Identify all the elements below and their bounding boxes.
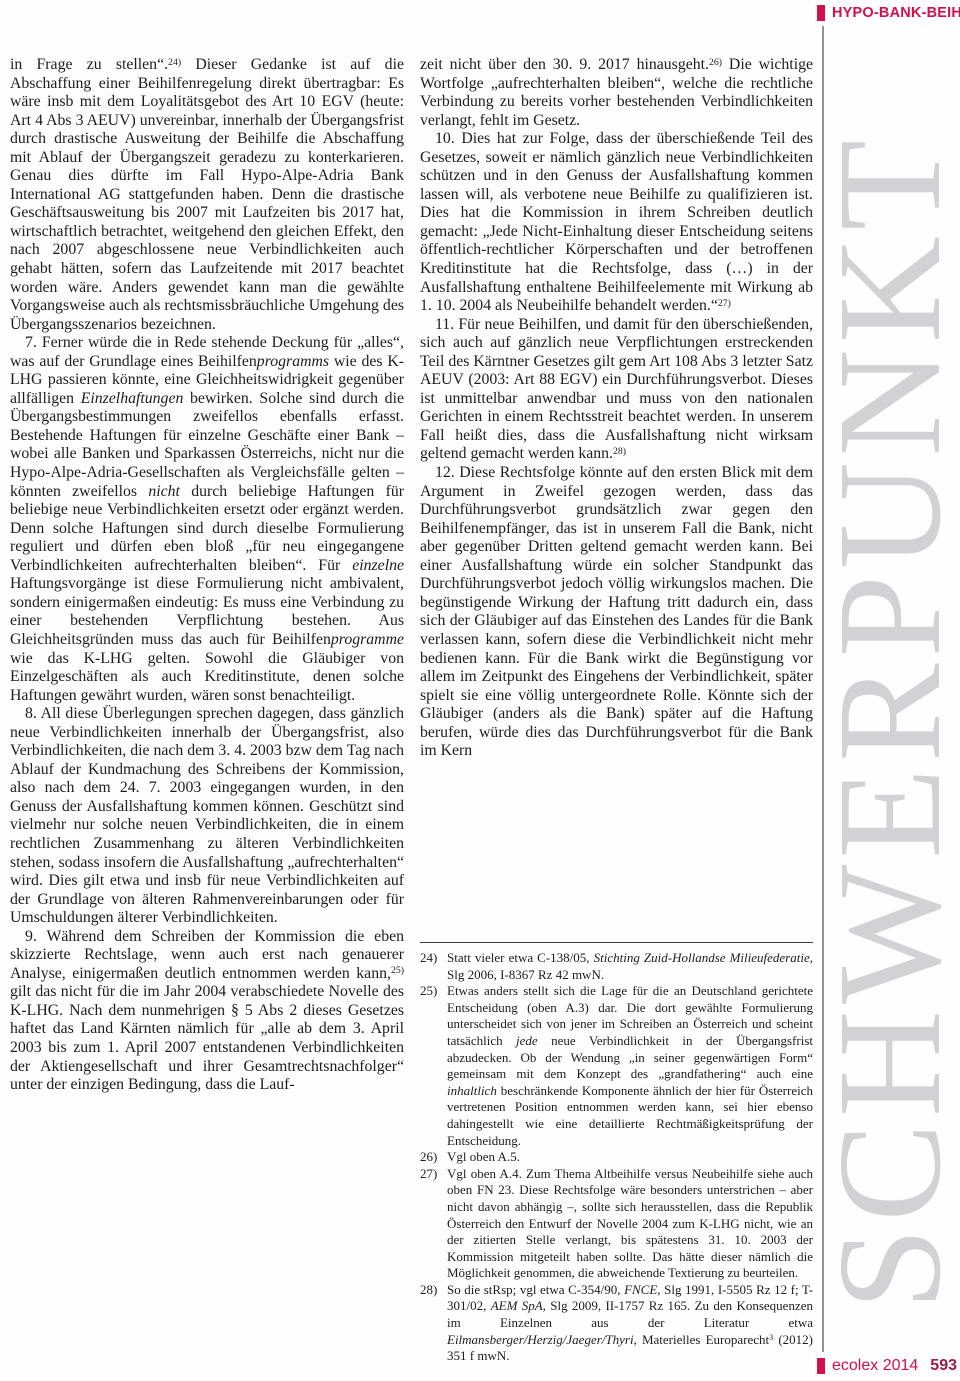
- running-head-title: HYPO-BANK-BEIHILFE: [832, 5, 960, 21]
- footnote-text: So die stRsp; vgl etwa C-354/90, FNCE, S…: [447, 1282, 813, 1365]
- red-accent-square-icon: [817, 1358, 825, 1374]
- schwerpunkt-watermark: SCHWERPUNKT: [820, 97, 960, 1347]
- footnote-text: Statt vieler etwa C-138/05, Stichting Zu…: [447, 950, 813, 983]
- footnote-number: 26): [420, 1149, 447, 1166]
- paragraph: in Frage zu stellen“.24) Dieser Gedanke …: [10, 56, 404, 334]
- journal-page: SCHWERPUNKT HYPO-BANK-BEIHILFE in Frage …: [0, 0, 960, 1381]
- footnote-separator-rule: [420, 942, 813, 943]
- footnote-text: Vgl oben A.5.: [447, 1149, 813, 1166]
- footnote-number: 25): [420, 983, 447, 1149]
- page-footer: ecolex 2014 593: [817, 1357, 957, 1375]
- paragraph: 10. Dies hat zur Folge, dass der übersch…: [420, 130, 813, 315]
- footnote-number: 24): [420, 950, 447, 983]
- paragraph: 9. Während dem Schreiben der Kommission …: [10, 928, 404, 1095]
- footnote-text: Vgl oben A.4. Zum Thema Altbeihilfe vers…: [447, 1166, 813, 1282]
- footnote-number: 28): [420, 1282, 447, 1365]
- footnote: 25)Etwas anders stellt sich die Lage für…: [420, 983, 813, 1149]
- footnote-text: Etwas anders stellt sich die Lage für di…: [447, 983, 813, 1149]
- vertical-divider-rule: [822, 26, 824, 1352]
- footnote: 24)Statt vieler etwa C-138/05, Stichting…: [420, 950, 813, 983]
- journal-name-year: ecolex 2014: [832, 1357, 918, 1375]
- right-text-column: zeit nicht über den 30. 9. 2017 hinausge…: [420, 56, 813, 761]
- paragraph: 8. All diese Überlegungen sprechen dageg…: [10, 705, 404, 928]
- footnote: 28)So die stRsp; vgl etwa C-354/90, FNCE…: [420, 1282, 813, 1365]
- paragraph: 11. Für neue Beihilfen, und damit für de…: [420, 316, 813, 464]
- paragraph: 12. Diese Rechtsfolge könnte auf den ers…: [420, 464, 813, 761]
- paragraph: zeit nicht über den 30. 9. 2017 hinausge…: [420, 56, 813, 130]
- red-accent-square-icon: [817, 5, 825, 21]
- footnote: 26)Vgl oben A.5.: [420, 1149, 813, 1166]
- footnote: 27)Vgl oben A.4. Zum Thema Altbeihilfe v…: [420, 1166, 813, 1282]
- left-text-column: in Frage zu stellen“.24) Dieser Gedanke …: [10, 56, 404, 1095]
- page-number: 593: [930, 1357, 957, 1375]
- footnotes-block: 24)Statt vieler etwa C-138/05, Stichting…: [420, 942, 813, 1365]
- page-header: HYPO-BANK-BEIHILFE: [817, 4, 960, 22]
- paragraph: 7. Ferner würde die in Rede stehende Dec…: [10, 334, 404, 705]
- footnote-number: 27): [420, 1166, 447, 1282]
